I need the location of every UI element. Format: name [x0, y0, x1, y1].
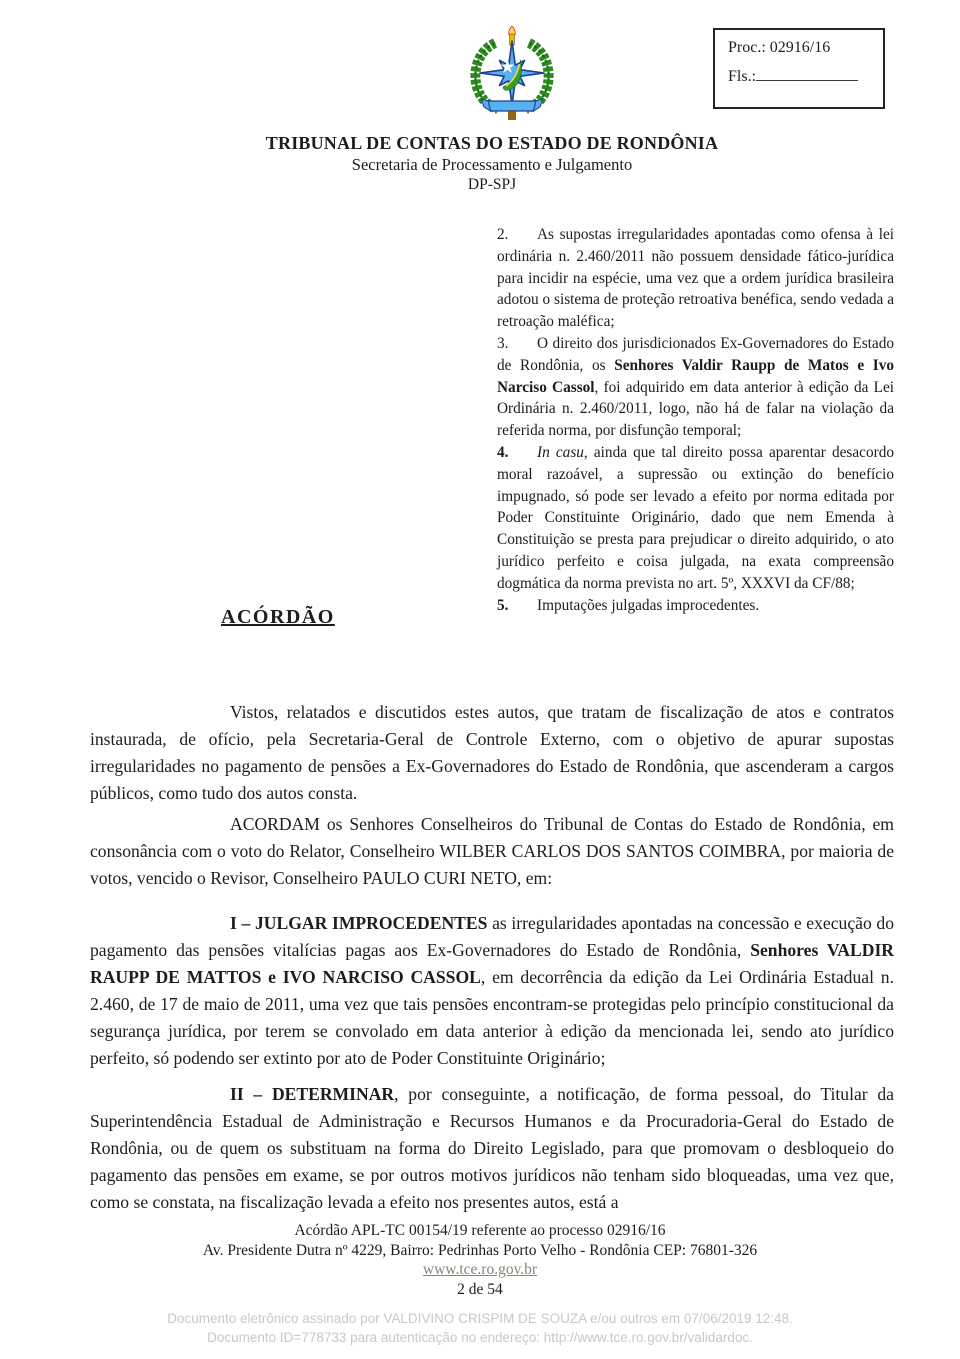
fls-row: Fls.: [728, 66, 873, 86]
paragraph-vistos: Vistos, relatados e discutidos estes aut… [90, 699, 894, 807]
ementa-item-latin: In casu [537, 444, 584, 461]
ementa-item-2: 2.As supostas irregularidades apontadas … [497, 224, 894, 333]
process-number: Proc.: 02916/16 [728, 39, 873, 57]
paragraph-item-II: II – DETERMINAR, por conseguinte, a noti… [90, 1081, 894, 1216]
ementa-item-number: 5. [497, 595, 537, 617]
fls-blank-line [756, 66, 858, 81]
ementa-item-text: Imputações julgadas improcedentes. [537, 597, 759, 614]
electronic-signature-stamp: Documento eletrônico assinado por VALDIV… [0, 1309, 960, 1347]
acordao-heading: ACÓRDÃO [221, 606, 335, 629]
ementa-item-5: 5.Imputações julgadas improcedentes. [497, 595, 894, 617]
ementa-item-number: 3. [497, 333, 537, 355]
document-page: Proc.: 02916/16 Fls.: [0, 0, 960, 1359]
secretariat-subtitle: Secretaria de Processamento e Julgamento [90, 155, 894, 175]
paragraph-acordam: ACORDAM os Senhores Conselheiros do Trib… [90, 811, 894, 892]
ementa-item-3: 3.O direito dos jurisdicionados Ex-Gover… [497, 333, 894, 442]
decision-item-II-text: , por conseguinte, a notificação, de for… [90, 1084, 894, 1212]
ementa-item-text: As supostas irregularidades apontadas co… [497, 226, 894, 330]
footer-address: Av. Presidente Dutra nº 4229, Bairro: Pe… [0, 1241, 960, 1261]
signature-validation-line: Documento ID=778733 para autenticação no… [0, 1328, 960, 1347]
ementa-item-text: , ainda que tal direito possa aparentar … [497, 444, 894, 592]
ementa-block: 2.As supostas irregularidades apontadas … [497, 224, 894, 616]
court-title: TRIBUNAL DE CONTAS DO ESTADO DE RONDÔNIA [90, 133, 894, 154]
department-code: DP-SPJ [90, 176, 894, 194]
decision-item-I-label: I – JULGAR IMPROCEDENTES [230, 913, 487, 933]
fls-label: Fls.: [728, 68, 756, 85]
footer-website-link[interactable]: www.tce.ro.gov.br [423, 1261, 537, 1278]
decision-item-II-label: II – DETERMINAR [230, 1084, 394, 1104]
signature-line: Documento eletrônico assinado por VALDIV… [0, 1309, 960, 1328]
ementa-item-4: 4.In casu, ainda que tal direito possa a… [497, 442, 894, 595]
ementa-item-number: 2. [497, 224, 537, 246]
ementa-item-number: 4. [497, 442, 537, 464]
page-number: 2 de 54 [0, 1280, 960, 1300]
paragraph-item-I: I – JULGAR IMPROCEDENTES as irregularida… [90, 910, 894, 1072]
footer-reference: Acórdão APL-TC 00154/19 referente ao pro… [0, 1221, 960, 1241]
process-number-box: Proc.: 02916/16 Fls.: [713, 28, 885, 109]
page-footer: Acórdão APL-TC 00154/19 referente ao pro… [0, 1221, 960, 1299]
letterhead: TRIBUNAL DE CONTAS DO ESTADO DE RONDÔNIA… [90, 133, 894, 194]
rondonia-coat-of-arms-icon [462, 26, 562, 125]
